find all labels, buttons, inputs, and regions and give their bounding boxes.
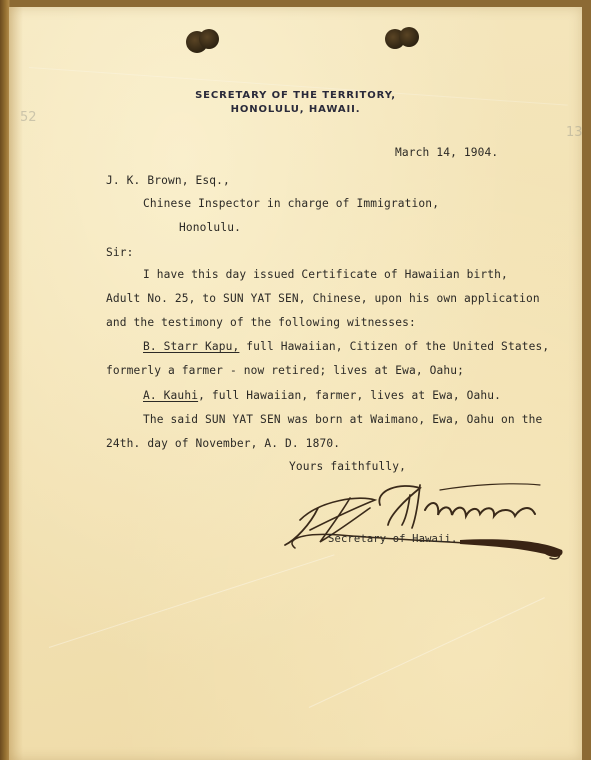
body-line: I have this day issued Certificate of Ha… (143, 268, 508, 281)
body-line: The said SUN YAT SEN was born at Waimano… (143, 413, 542, 426)
witness-2: A. Kauhi, full Hawaiian, farmer, lives a… (143, 389, 501, 402)
recipient-city: Honolulu. (179, 221, 241, 234)
witness-2-name: A. Kauhi (143, 389, 198, 402)
letter-date: March 14, 1904. (395, 146, 498, 159)
recipient-name: J. K. Brown, Esq., (106, 174, 230, 187)
body-line: formerly a farmer - now retired; lives a… (106, 364, 464, 377)
punch-hole-right (399, 27, 419, 47)
body-line: and the testimony of the following witne… (106, 316, 416, 329)
signature-title: Secretary of Hawaii. (328, 533, 457, 545)
witness-1-name: B. Starr Kapu, (143, 340, 239, 353)
letterhead-location: HONOLULU, HAWAII. (0, 104, 591, 115)
body-line: Adult No. 25, to SUN YAT SEN, Chinese, u… (106, 292, 540, 305)
body-line: 24th. day of November, A. D. 1870. (106, 437, 340, 450)
pencil-note-right: 13 (566, 125, 583, 140)
witness-2-description: , full Hawaiian, farmer, lives at Ewa, O… (198, 389, 501, 402)
handwritten-signature (280, 470, 570, 570)
witness-1: B. Starr Kapu, full Hawaiian, Citizen of… (143, 340, 549, 353)
witness-1-description: full Hawaiian, Citizen of the United Sta… (239, 340, 549, 353)
punch-hole-left (199, 29, 219, 49)
salutation: Sir: (106, 246, 134, 259)
letterhead-title: SECRETARY OF THE TERRITORY, (0, 90, 591, 101)
paper-crease (309, 597, 545, 708)
letter-page (9, 7, 582, 760)
recipient-title: Chinese Inspector in charge of Immigrati… (143, 197, 439, 210)
